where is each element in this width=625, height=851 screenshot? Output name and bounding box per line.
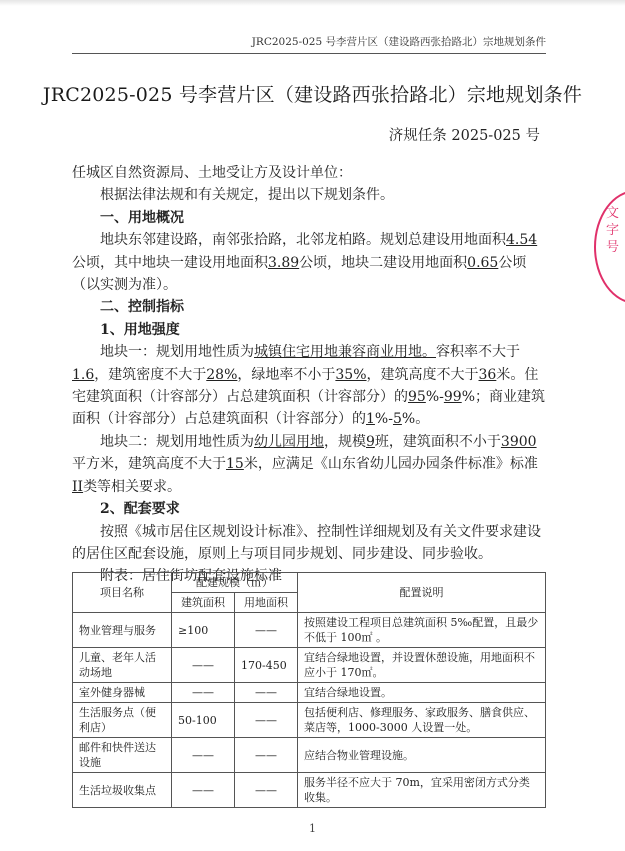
- cell-land: ——: [235, 773, 298, 808]
- cell-land: 170-450: [235, 648, 298, 683]
- cell-building: ——: [172, 773, 235, 808]
- header-building-area: 建筑面积: [172, 593, 235, 613]
- cell-building: ——: [172, 648, 235, 683]
- commercial-min: 1: [366, 411, 375, 427]
- cell-land: ——: [235, 613, 298, 648]
- subsection-2-heading: 2、配套要求: [72, 498, 546, 520]
- cell-name: 儿童、老年人活动场地: [73, 648, 172, 683]
- plot2-land-use: 幼儿园用地: [254, 434, 324, 450]
- plot2-area-value: 0.65: [467, 255, 498, 271]
- document-body: 任城区自然资源局、土地受让方及设计单位： 根据法律法规和有关规定，提出以下规划条…: [72, 162, 546, 588]
- text: %-: [426, 389, 444, 405]
- cell-building: 50-100: [172, 703, 235, 738]
- commercial-max: 5: [393, 411, 402, 427]
- text: 米，应满足《山东省幼儿园办园条件标准》标准: [244, 456, 538, 472]
- text: 类等相关要求。: [83, 479, 181, 495]
- plot1-area-value: 3.89: [268, 255, 299, 271]
- floor-area-ratio: 1.6: [72, 367, 94, 383]
- table-row: 物业管理与服务 ≥100 —— 按照建设工程项目总建筑面积 5‰配置，且最少不低…: [73, 613, 546, 648]
- official-seal-text: 文字号: [606, 205, 620, 256]
- section-1-paragraph: 地块东邻建设路，南邻张拾路，北邻龙柏路。规划总建设用地面积4.54公顷，其中地块…: [72, 229, 546, 296]
- cell-notes: 服务半径不应大于 70m，宜采用密闭方式分类收集。: [298, 773, 546, 808]
- text: ，规模: [324, 434, 366, 450]
- kindergarten-classes: 9: [366, 434, 375, 450]
- document-number: 济规任条 2025-025 号: [389, 124, 540, 145]
- cell-notes: 按照建设工程项目总建筑面积 5‰配置，且最少不低于 100㎡ 。: [298, 613, 546, 648]
- plot1-height: 36: [479, 367, 497, 383]
- plot2-height: 15: [226, 456, 244, 472]
- header-notes: 配置说明: [298, 573, 546, 613]
- cell-name: 生活垃圾收集点: [73, 773, 172, 808]
- cell-name: 生活服务点（便利店）: [73, 703, 172, 738]
- table-row: 室外健身器械 —— —— 宜结合绿地设置。: [73, 683, 546, 703]
- text: 公顷，地块二建设用地面积: [299, 255, 467, 271]
- page-number: 1: [0, 822, 625, 835]
- table-row: 生活服务点（便利店） 50-100 —— 包括便利店、修理服务、家政服务、膳食供…: [73, 703, 546, 738]
- text: 班，建筑面积不小于: [375, 434, 501, 450]
- text: 地块东邻建设路，南邻张拾路，北邻龙柏路。规划总建设用地面积: [100, 232, 506, 248]
- table-row: 生活垃圾收集点 —— —— 服务半径不应大于 70m，宜采用密闭方式分类收集。: [73, 773, 546, 808]
- cell-name: 邮件和快件送达设施: [73, 738, 172, 773]
- cell-building: ≥100: [172, 613, 235, 648]
- plot1-paragraph: 地块一：规划用地性质为城镇住宅用地兼容商业用地。容积率不大于1.6，建筑密度不大…: [72, 341, 546, 431]
- kindergarten-area: 3900: [501, 434, 537, 450]
- text: 公顷，其中地块一建设用地面积: [72, 255, 268, 271]
- total-area-value: 4.54: [506, 232, 537, 248]
- section-1-heading: 一、用地概况: [72, 207, 546, 229]
- plot1-land-use: 城镇住宅用地兼容商业用地。: [254, 344, 436, 360]
- residential-max: 99: [444, 389, 462, 405]
- text: 平方米，建筑高度不大于: [72, 456, 226, 472]
- text: ，建筑高度不大于: [367, 367, 479, 383]
- cell-notes: 宜结合绿地设置，并设置休憩设施，用地面积不应小于 170㎡。: [298, 648, 546, 683]
- addressee: 任城区自然资源局、土地受让方及设计单位：: [72, 162, 546, 184]
- cell-building: ——: [172, 738, 235, 773]
- text: ，建筑密度不大于: [94, 367, 206, 383]
- kindergarten-grade: II: [72, 479, 83, 495]
- text: %。: [402, 411, 429, 427]
- building-density: 28%: [206, 367, 237, 383]
- residential-min: 95: [408, 389, 426, 405]
- cell-land: ——: [235, 703, 298, 738]
- header-land-area: 用地面积: [235, 593, 298, 613]
- text: ，绿地率不小于: [237, 367, 335, 383]
- cell-name: 室外健身器械: [73, 683, 172, 703]
- document-title: JRC2025-025 号李营片区（建设路西张拾路北）宗地规划条件: [0, 80, 625, 107]
- cell-notes: 包括便利店、修理服务、家政服务、膳食供应、菜店等，1000-3000 人设置一处…: [298, 703, 546, 738]
- intro-paragraph: 根据法律法规和有关规定，提出以下规划条件。: [72, 184, 546, 206]
- header-project-name: 项目名称: [73, 573, 172, 613]
- header-scale: 配建规模（㎡）: [172, 573, 298, 593]
- cell-land: ——: [235, 683, 298, 703]
- green-ratio: 35%: [335, 367, 366, 383]
- cell-building: ——: [172, 683, 235, 703]
- table-row: 儿童、老年人活动场地 —— 170-450 宜结合绿地设置，并设置休憩设施，用地…: [73, 648, 546, 683]
- subsection-1-heading: 1、用地强度: [72, 319, 546, 341]
- cell-name: 物业管理与服务: [73, 613, 172, 648]
- supporting-facilities-paragraph: 按照《城市居住区规划设计标准》、控制性详细规划及有关文件要求建设的居住区配套设施…: [72, 521, 546, 566]
- text: 地块一：规划用地性质为: [100, 344, 254, 360]
- page-top-shadow: [0, 0, 625, 6]
- text: 地块二：规划用地性质为: [100, 434, 254, 450]
- table-row: 邮件和快件送达设施 —— —— 应结合物业管理设施。: [73, 738, 546, 773]
- text: 容积率不大于: [436, 344, 520, 360]
- cell-notes: 宜结合绿地设置。: [298, 683, 546, 703]
- running-header: JRC2025-025 号李营片区（建设路西张拾路北）宗地规划条件: [72, 34, 546, 54]
- text: %-: [375, 411, 393, 427]
- cell-notes: 应结合物业管理设施。: [298, 738, 546, 773]
- plot2-paragraph: 地块二：规划用地性质为幼儿园用地，规模9班，建筑面积不小于3900平方米，建筑高…: [72, 431, 546, 498]
- cell-land: ——: [235, 738, 298, 773]
- facilities-table: 项目名称 配建规模（㎡） 配置说明 建筑面积 用地面积 物业管理与服务 ≥100…: [72, 572, 546, 808]
- section-2-heading: 二、控制指标: [72, 296, 546, 318]
